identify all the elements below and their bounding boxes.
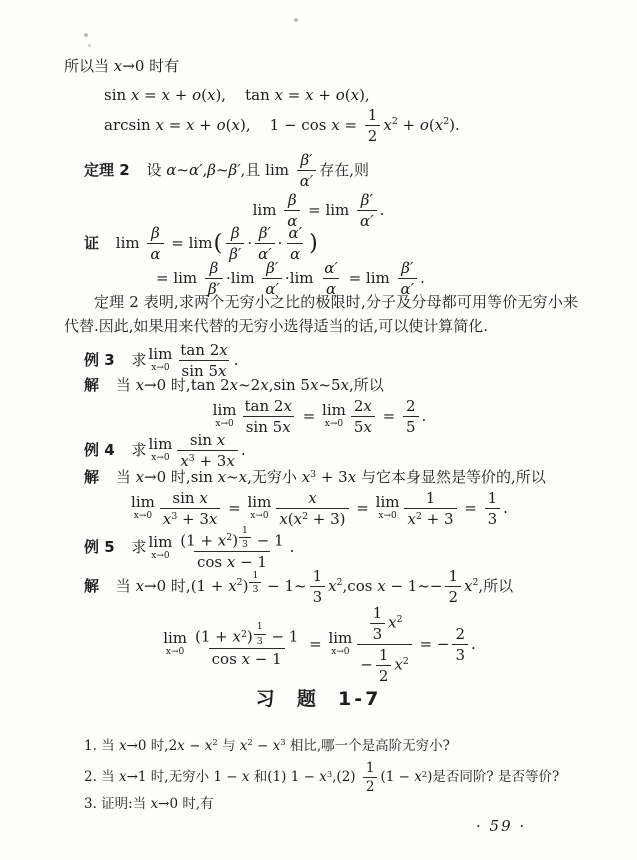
equation-arcsin-cos: arcsin x = x + o(x), 1 − cos x = 12x2 + … (104, 116, 460, 134)
example3-label: 例 3 (84, 351, 115, 369)
example4-statement: 例 4 求limx→0sin xx3 + 3x. (84, 431, 246, 470)
problem3-text: 3. 证明:当 x→0 时,有 (84, 796, 214, 812)
example4-solution: 解 当 x→0 时,sin x~x,无穷小 x3 + 3x 与它本身显然是等价的… (84, 467, 546, 489)
example4-label: 例 4 (84, 441, 115, 459)
example4-display-equation: limx→0sin xx3 + 3x = limx→0xx(x2 + 3) = … (0, 489, 637, 528)
example5-statement: 例 5 求limx→0(1 + x2)13 − 1cos x − 1. (84, 525, 294, 571)
theorem2-equation: lim βα = lim β′α′. (253, 201, 385, 219)
scan-speck (294, 18, 298, 22)
example5-display-equation: limx→0(1 + x2)13 − 1cos x − 1 = limx→013… (0, 604, 637, 685)
example5-problem: 求limx→0(1 + x2)13 − 1cos x − 1. (131, 538, 294, 556)
exercise-problem-2: 2. 当 x→1 时,无穷小 1 − x 和(1) 1 − x3,(2) 12(… (84, 760, 559, 795)
example3-equation: limx→0tan 2xsin 5x = limx→02x5x = 25. (211, 407, 427, 425)
example5-solution-text: 当 x→0 时,(1 + x2)13 − 1~13x2,cos x − 1~−1… (116, 577, 513, 595)
example5-solution: 解 当 x→0 时,(1 + x2)13 − 1~13x2,cos x − 1~… (84, 567, 513, 606)
theorem2-statement: 定理 2 设 α~α′,β~β′,且 lim β′α′存在,则 (84, 151, 369, 190)
exercise-problem-3: 3. 证明:当 x→0 时,有 (84, 795, 214, 815)
example4-equation: limx→0sin xx3 + 3x = limx→0xx(x2 + 3) = … (129, 499, 508, 517)
theorem2-body: 设 α~α′,β~β′,且 lim β′α′存在,则 (146, 161, 369, 179)
theorem2-label: 定理 2 (84, 161, 130, 179)
intro-line: 所以当 x→0 时有 (64, 56, 179, 78)
example5-label: 例 5 (84, 538, 115, 556)
page-number: · 59 · (476, 816, 526, 838)
intro-text: 所以当 x→0 时有 (64, 57, 179, 75)
proof-label: 证 (84, 234, 99, 252)
example4-problem: 求limx→0sin xx3 + 3x. (131, 441, 245, 459)
solution-label: 解 (84, 376, 99, 394)
equation-sin-tan: sin x = x + o(x), tan x = x + o(x), (104, 86, 370, 104)
equivalents-line-1: sin x = x + o(x), tan x = x + o(x), (104, 85, 370, 107)
example5-equation: limx→0(1 + x2)13 − 1cos x − 1 = limx→013… (161, 635, 476, 653)
example3-solution-text: 当 x→0 时,tan 2x~2x,sin 5x~5x,所以 (116, 376, 384, 394)
proof-equation-1: lim βα = lim(ββ′·β′α′·α′α) (116, 234, 319, 252)
exercise-problem-1: 1. 当 x→0 时,2x − x2 与 x2 − x3 相比,哪一个是高阶无穷… (84, 737, 450, 757)
solution-label: 解 (84, 577, 99, 595)
example3-solution: 解 当 x→0 时,tan 2x~2x,sin 5x~5x,所以 (84, 375, 384, 397)
remark-paragraph: 定理 2 表明,求两个无穷小之比的极限时,分子及分母都可用等价无穷小来代替.因此… (64, 290, 578, 338)
proof-line-1: 证 lim βα = lim(ββ′·β′α′·α′α) (84, 224, 319, 263)
example3-problem: 求limx→0tan 2xsin 5x. (131, 351, 238, 369)
solution-label: 解 (84, 468, 99, 486)
page-number-text: · 59 · (476, 817, 526, 835)
remark-text: 定理 2 表明,求两个无穷小之比的极限时,分子及分母都可用等价无穷小来代替.因此… (64, 293, 578, 335)
problem2-text: 2. 当 x→1 时,无穷小 1 − x 和(1) 1 − x3,(2) 12(… (84, 769, 559, 785)
textbook-page: 所以当 x→0 时有 sin x = x + o(x), tan x = x +… (0, 0, 637, 860)
example4-solution-text: 当 x→0 时,sin x~x,无穷小 x3 + 3x 与它本身显然是等价的,所… (116, 468, 546, 486)
problem1-text: 1. 当 x→0 时,2x − x2 与 x2 − x3 相比,哪一个是高阶无穷… (84, 738, 450, 754)
equivalents-line-2: arcsin x = x + o(x), 1 − cos x = 12x2 + … (104, 106, 460, 145)
exercises-title-text: 习 题 1-7 (256, 688, 382, 710)
scan-speck (84, 33, 88, 37)
proof-equation-2: = lim ββ′·lim β′α′·lim α′α = lim β′α′. (156, 269, 425, 287)
exercises-title: 习 题 1-7 (0, 686, 637, 714)
scan-speck (88, 44, 91, 47)
